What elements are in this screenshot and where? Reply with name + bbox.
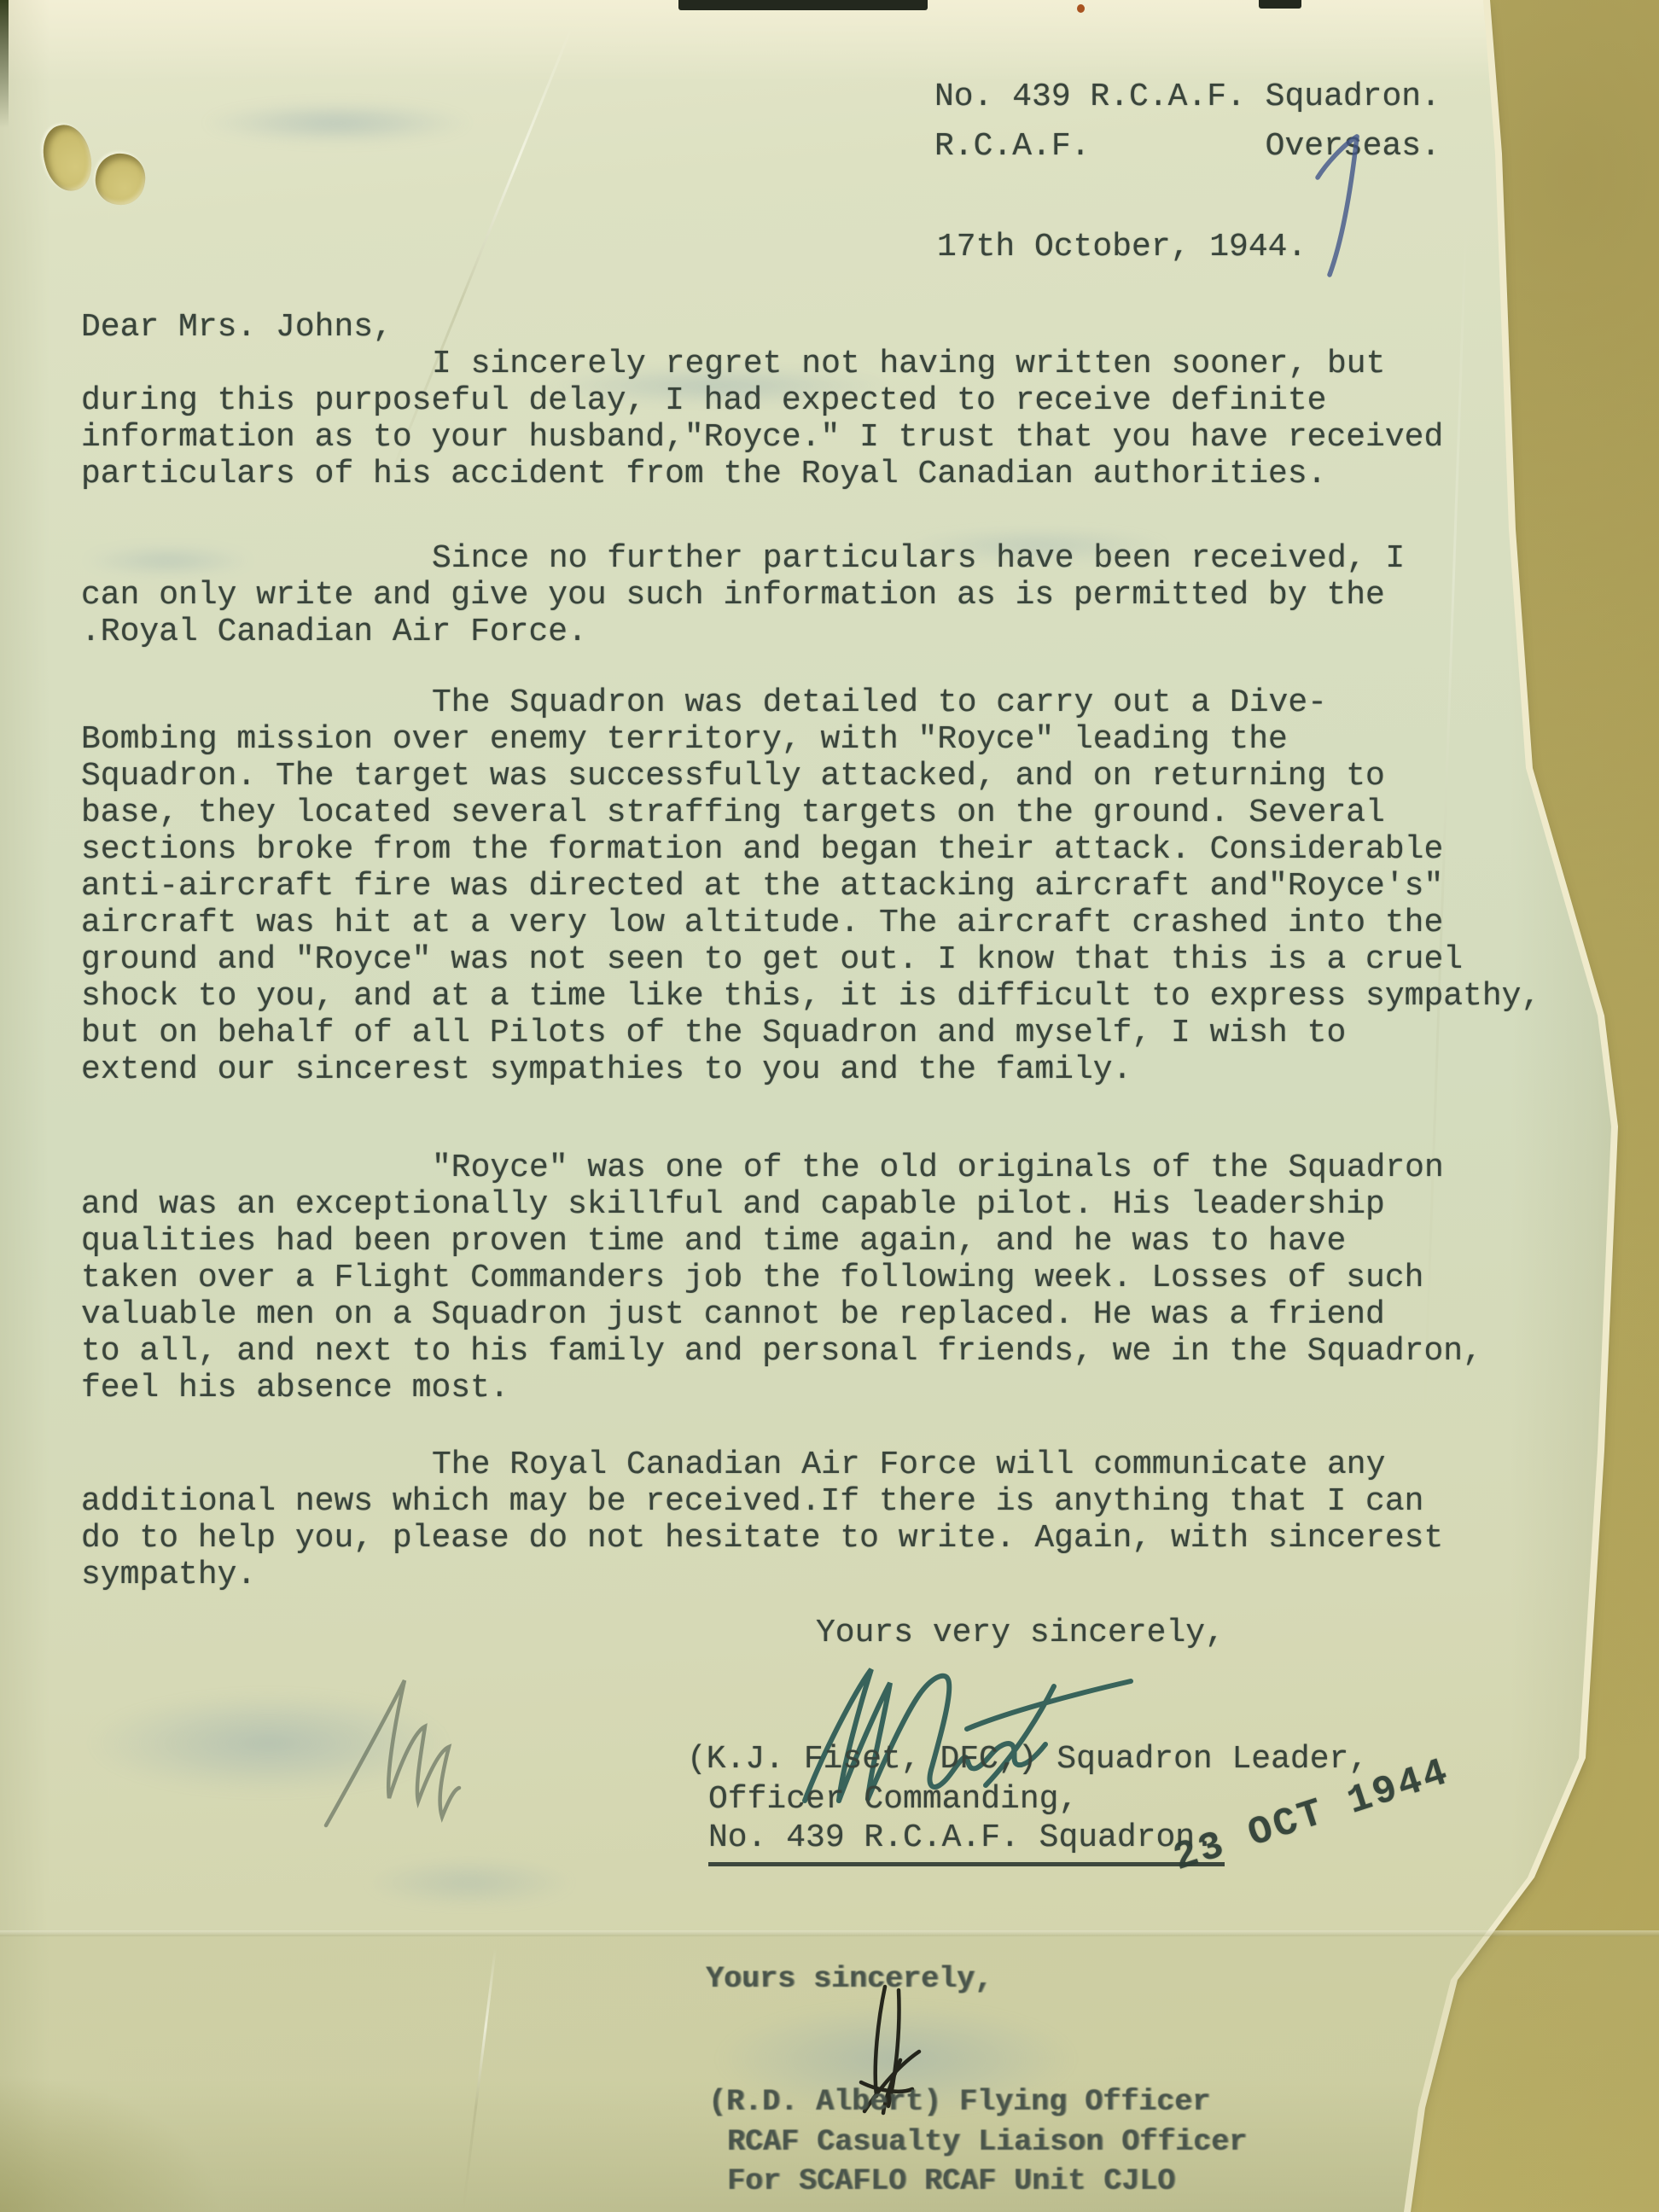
liaison-title-line: RCAF Casualty Liaison Officer: [727, 2122, 1247, 2163]
paragraph-5: The Royal Canadian Air Force will commun…: [81, 1447, 1443, 1593]
letter-line: sympathy.: [81, 1557, 1443, 1593]
paragraph-2: Since no further particulars have been r…: [81, 540, 1405, 650]
letter-line: The Squadron was detailed to carry out a…: [432, 684, 1540, 721]
letter-line: The Royal Canadian Air Force will commun…: [432, 1447, 1443, 1483]
letter-line: but on behalf of all Pilots of the Squad…: [81, 1015, 1540, 1051]
letter-line: during this purposeful delay, I had expe…: [81, 382, 1443, 419]
pencil-initials-icon: [314, 1658, 463, 1842]
letter-line: .Royal Canadian Air Force.: [81, 614, 1405, 650]
letter-line: valuable men on a Squadron just cannot b…: [81, 1296, 1482, 1333]
letter-line: taken over a Flight Commanders job the f…: [81, 1260, 1482, 1296]
letter-line: Bombing mission over enemy territory, wi…: [81, 721, 1540, 758]
letterhead-line1: No. 439 R.C.A.F. Squadron.: [934, 79, 1441, 115]
letter-line: particulars of his accident from the Roy…: [81, 456, 1443, 492]
letter-line: base, they located several straffing tar…: [81, 795, 1540, 831]
letter-line: additional news which may be received.If…: [81, 1483, 1443, 1520]
salutation: Dear Mrs. Johns,: [81, 309, 393, 346]
signatory-name-line: (K.J. Fiset, DFC,) Squadron Leader,: [687, 1741, 1368, 1778]
letter-line: and was an exceptionally skillful and ca…: [81, 1186, 1482, 1223]
letter-line: feel his absence most.: [81, 1370, 1482, 1406]
horizontal-fold-crease: [0, 1930, 1659, 1936]
ink-show-through: [196, 101, 478, 145]
top-edge-dark-mark: [1259, 0, 1301, 9]
valediction-primary: Yours very sincerely,: [816, 1615, 1225, 1651]
ink-show-through: [358, 1856, 580, 1909]
bottom-left-corner-shading: [0, 2074, 222, 2212]
handwritten-page-numeral-icon: [1307, 130, 1376, 282]
letter-line: Squadron. The target was successfully at…: [81, 758, 1540, 795]
letter-line: extend our sincerest sympathies to you a…: [81, 1051, 1540, 1088]
letter-date: 17th October, 1944.: [937, 229, 1307, 265]
letter-line: to all, and next to his family and perso…: [81, 1333, 1482, 1370]
letter-line: do to help you, please do not hesitate t…: [81, 1520, 1443, 1557]
letter-line: "Royce" was one of the old originals of …: [432, 1150, 1482, 1186]
signatory-title-line: Officer Commanding,: [708, 1781, 1078, 1818]
liaison-name-line: (R.D. Albert) Flying Officer: [708, 2082, 1210, 2122]
letter-line: I sincerely regret not having written so…: [432, 346, 1443, 382]
letter-line: ground and "Royce" was not seen to get o…: [81, 941, 1540, 978]
letter-line: Since no further particulars have been r…: [432, 540, 1405, 577]
signatory-unit-line: No. 439 R.C.A.F. Squadron.: [708, 1819, 1225, 1866]
orange-speck: [1077, 4, 1085, 13]
liaison-unit-line: For SCAFLO RCAF Unit CJLO: [727, 2162, 1175, 2202]
paragraph-4: "Royce" was one of the old originals of …: [81, 1150, 1482, 1406]
letter-line: aircraft was hit at a very low altitude.…: [81, 905, 1540, 941]
letter-line: anti-aircraft fire was directed at the a…: [81, 868, 1540, 905]
letter-line: shock to you, and at a time like this, i…: [81, 978, 1540, 1015]
top-edge-dark-strip: [678, 0, 928, 10]
background-sliver: [0, 0, 9, 128]
document-scan: No. 439 R.C.A.F. Squadron. R.C.A.F. Over…: [0, 0, 1659, 2212]
letter-line: information as to your husband,"Royce." …: [81, 419, 1443, 456]
paragraph-1: I sincerely regret not having written so…: [81, 346, 1443, 492]
letter-line: can only write and give you such informa…: [81, 577, 1405, 614]
letter-line: qualities had been proven time and time …: [81, 1223, 1482, 1260]
letter-line: sections broke from the formation and be…: [81, 831, 1540, 868]
paragraph-3: The Squadron was detailed to carry out a…: [81, 684, 1540, 1088]
